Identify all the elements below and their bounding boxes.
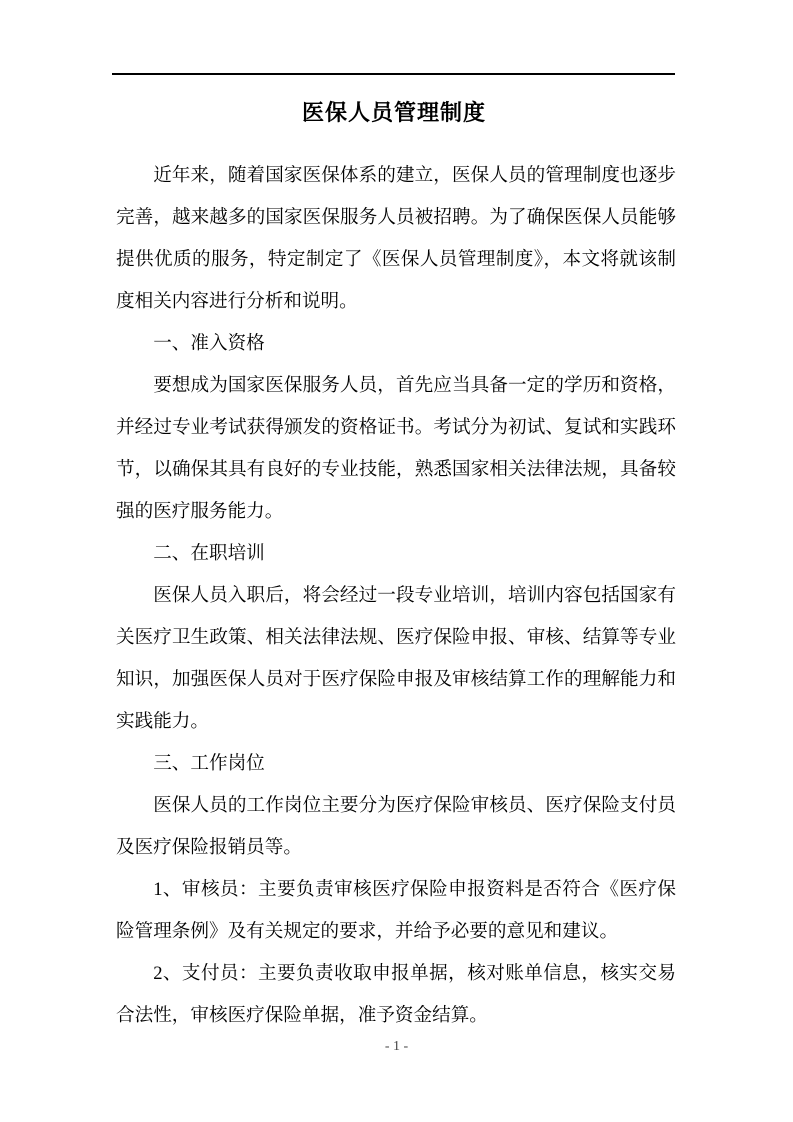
page-number: - 1 - — [0, 1038, 793, 1056]
paragraph-section-2: 医保人员入职后，将会经过一段专业培训，培训内容包括国家有关医疗卫生政策、相关法律… — [116, 575, 676, 743]
paragraph-list-item-1: 1、审核员：主要负责审核医疗保险申报资料是否符合《医疗保险管理条例》及有关规定的… — [116, 869, 676, 953]
document-body: 近年来，随着国家医保体系的建立，医保人员的管理制度也逐步完善，越来越多的国家医保… — [116, 155, 676, 1037]
section-heading-1: 一、准入资格 — [116, 323, 676, 365]
paragraph-list-item-2: 2、支付员：主要负责收取申报单据，核对账单信息，核实交易合法性，审核医疗保险单据… — [116, 953, 676, 1037]
paragraph-intro: 近年来，随着国家医保体系的建立，医保人员的管理制度也逐步完善，越来越多的国家医保… — [116, 155, 676, 323]
paragraph-section-3: 医保人员的工作岗位主要分为医疗保险审核员、医疗保险支付员及医疗保险报销员等。 — [116, 785, 676, 869]
paragraph-section-1: 要想成为国家医保服务人员，首先应当具备一定的学历和资格，并经过专业考试获得颁发的… — [116, 365, 676, 533]
header-divider-line — [112, 73, 675, 75]
section-heading-2: 二、在职培训 — [116, 533, 676, 575]
section-heading-3: 三、工作岗位 — [116, 743, 676, 785]
document-page: 医保人员管理制度 近年来，随着国家医保体系的建立，医保人员的管理制度也逐步完善，… — [0, 0, 793, 1122]
document-title: 医保人员管理制度 — [113, 92, 675, 134]
